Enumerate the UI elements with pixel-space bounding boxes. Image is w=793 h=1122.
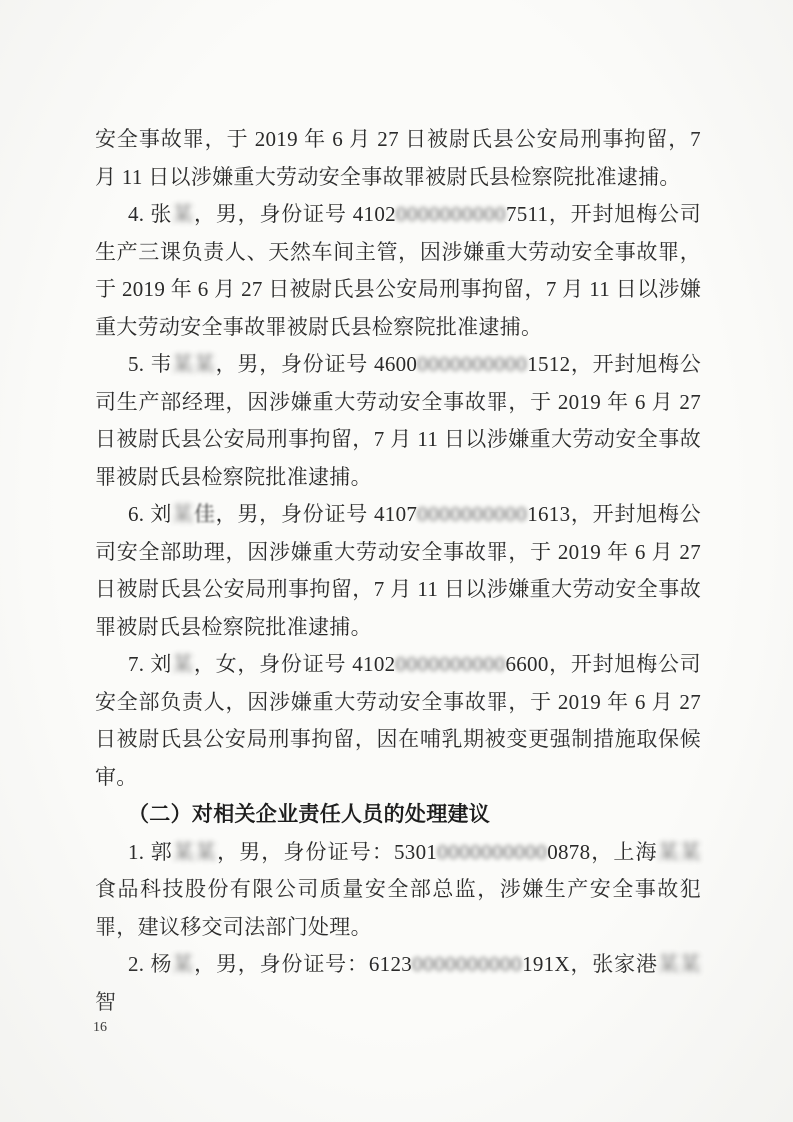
redacted-name: 某某 bbox=[658, 840, 701, 864]
text-segment: 5. 韦 bbox=[128, 352, 172, 376]
paragraph: 5. 韦某某，男，身份证号 460000000000001512，开封旭梅公司生… bbox=[95, 346, 701, 496]
redacted-id-digits: 0000000000 bbox=[396, 202, 506, 226]
paragraph: 安全事故罪，于 2019 年 6 月 27 日被尉氏县公安局刑事拘留，7 月 1… bbox=[95, 121, 701, 196]
redacted-name: 某 bbox=[172, 952, 194, 976]
document-body: 安全事故罪，于 2019 年 6 月 27 日被尉氏县公安局刑事拘留，7 月 1… bbox=[95, 121, 701, 1021]
redacted-id-digits: 0000000000 bbox=[437, 840, 547, 864]
redacted-name: 某某 bbox=[173, 840, 217, 864]
redacted-name: 某某 bbox=[172, 352, 216, 376]
partially-redacted-text: 佳 bbox=[194, 502, 216, 526]
text-segment: 2. 杨 bbox=[128, 952, 172, 976]
text-segment: 智 bbox=[95, 990, 116, 1014]
redacted-name: 某 bbox=[172, 652, 194, 676]
redacted-id-digits: 0000000000 bbox=[412, 952, 522, 976]
text-segment: ，男，身份证号 4107 bbox=[216, 502, 418, 526]
text-segment: 0878，上海 bbox=[547, 840, 657, 864]
text-segment: 6. 刘 bbox=[128, 502, 172, 526]
redacted-name: 某 bbox=[172, 502, 194, 526]
redacted-id-digits: 0000000000 bbox=[395, 652, 505, 676]
text-segment: （二）对相关企业责任人员的处理建议 bbox=[128, 802, 490, 826]
paragraph: 4. 张某，男，身份证号 410200000000007511，开封旭梅公司生产… bbox=[95, 196, 701, 346]
paragraph: 2. 杨某，男，身份证号：61230000000000191X，张家港某某智 bbox=[95, 946, 701, 1021]
paragraph: 7. 刘某，女，身份证号 410200000000006600，开封旭梅公司安全… bbox=[95, 646, 701, 796]
text-segment: 7. 刘 bbox=[128, 652, 172, 676]
redacted-id-digits: 0000000000 bbox=[417, 502, 527, 526]
text-segment: ，男，身份证号：6123 bbox=[194, 952, 412, 976]
page-number: 16 bbox=[93, 1019, 107, 1037]
scanned-document-page: 安全事故罪，于 2019 年 6 月 27 日被尉氏县公安局刑事拘留，7 月 1… bbox=[0, 0, 793, 1122]
text-segment: ，女，身份证号 4102 bbox=[194, 652, 396, 676]
text-segment: 4. 张 bbox=[128, 202, 172, 226]
paragraph: 6. 刘某佳，男，身份证号 410700000000001613，开封旭梅公司安… bbox=[95, 496, 701, 646]
redacted-name: 某 bbox=[172, 202, 194, 226]
text-segment: ，男，身份证号 4600 bbox=[216, 352, 418, 376]
text-segment: ，男，身份证号：5301 bbox=[217, 840, 437, 864]
text-segment: 1. 郭 bbox=[128, 840, 173, 864]
section-heading: （二）对相关企业责任人员的处理建议 bbox=[95, 796, 701, 834]
redacted-id-digits: 0000000000 bbox=[417, 352, 527, 376]
text-segment: ，男，身份证号 4102 bbox=[194, 202, 396, 226]
text-segment: 191X，张家港 bbox=[522, 952, 658, 976]
text-segment: 安全事故罪，于 2019 年 6 月 27 日被尉氏县公安局刑事拘留，7 月 1… bbox=[95, 127, 701, 189]
text-segment: 食品科技股份有限公司质量安全部总监，涉嫌生产安全事故犯罪，建议移交司法部门处理。 bbox=[95, 877, 701, 939]
redacted-name: 某某 bbox=[658, 952, 701, 976]
paragraph: 1. 郭某某，男，身份证号：530100000000000878，上海某某食品科… bbox=[95, 834, 701, 947]
